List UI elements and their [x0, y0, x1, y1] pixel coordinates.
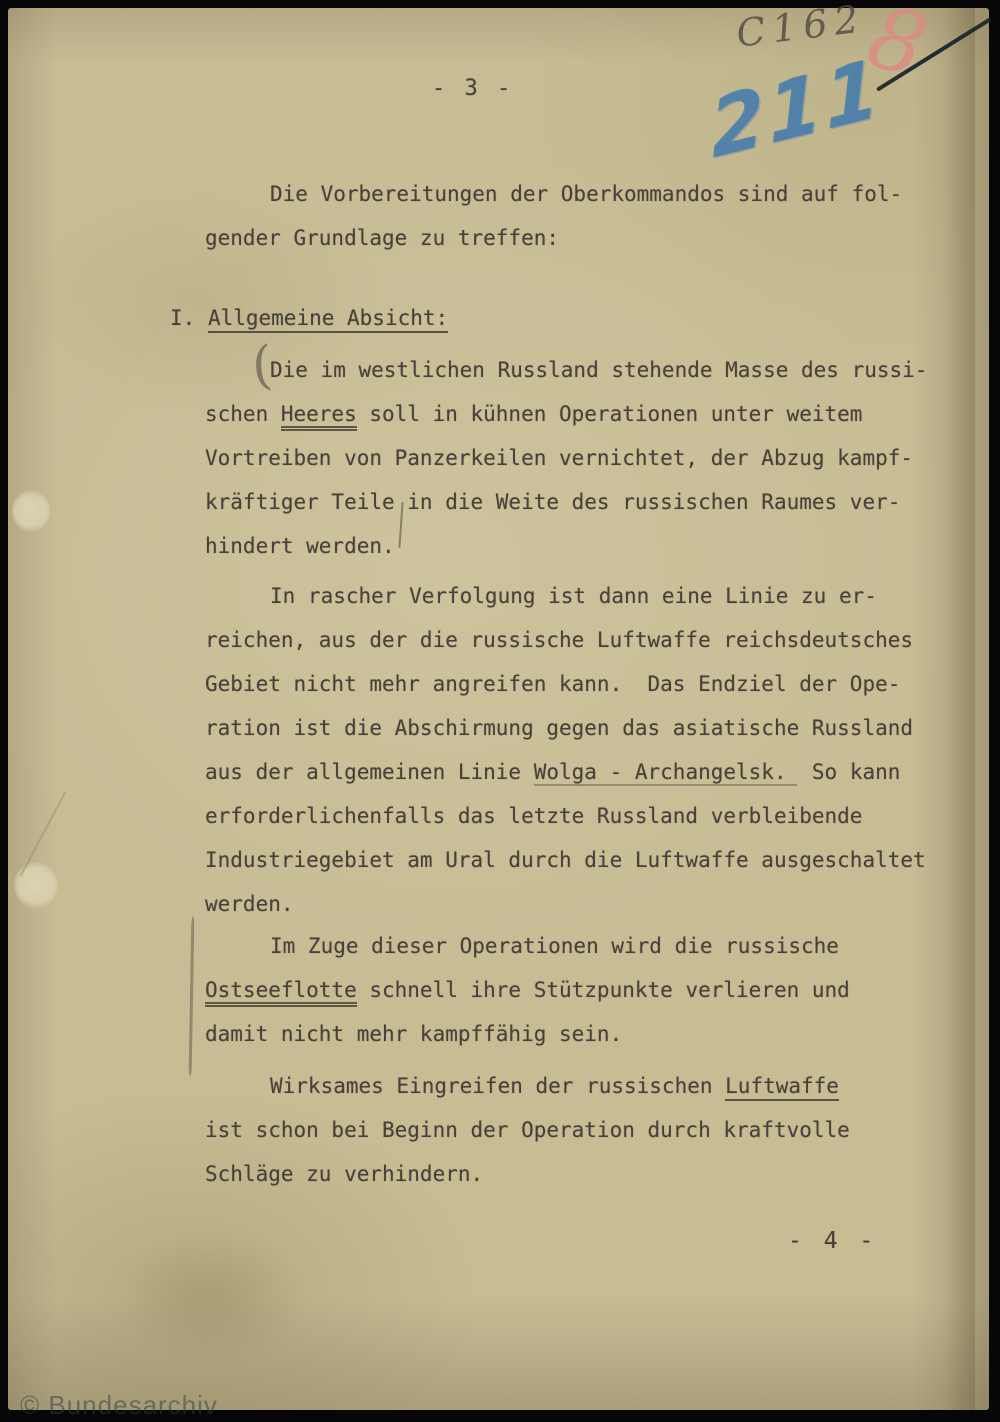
text-line: damit nicht mehr kampffähig sein.	[205, 1012, 965, 1056]
text-line: ist schon bei Beginn der Operation durch…	[205, 1108, 965, 1152]
text-line: ration ist die Abschirmung gegen das asi…	[205, 706, 965, 750]
paragraph-ostseeflotte: Im Zuge dieser Operationen wird die russ…	[205, 924, 965, 1056]
page-number-bottom: - 4 -	[788, 1228, 877, 1254]
text-line: Gebiet nicht mehr angreifen kann. Das En…	[205, 662, 965, 706]
text-line: I. Allgemeine Absicht:	[170, 296, 930, 340]
pencil-margin-line	[189, 916, 195, 1076]
text-line: schen Heeres soll in kühnen Operationen …	[205, 392, 965, 436]
paper-stain	[118, 1228, 308, 1368]
text-line: hindert werden.	[205, 524, 965, 568]
text-line: Vortreiben von Panzerkeilen vernichtet, …	[205, 436, 965, 480]
text-line: reichen, aus der die russische Luftwaffe…	[205, 618, 965, 662]
text-line: Die Vorbereitungen der Oberkommandos sin…	[205, 172, 965, 216]
blue-crayon-annotation-211: 211	[705, 40, 886, 178]
paper-hole-bottom	[14, 862, 58, 908]
page-number-top: - 3 -	[432, 76, 513, 101]
text-line: Im Zuge dieser Operationen wird die russ…	[205, 924, 965, 968]
text-line: kräftiger Teile in die Weite des russisc…	[205, 480, 965, 524]
bundesarchiv-watermark: © Bundesarchiv	[20, 1390, 218, 1421]
text-line: werden.	[205, 882, 965, 926]
text-line: Schläge zu verhindern.	[205, 1152, 965, 1196]
paper-hole-top	[12, 490, 50, 532]
text-line: Wirksames Eingreifen der russischen Luft…	[205, 1064, 965, 1108]
scanned-document-page: - 3 - C162 8 211 ( Die Vorbereitungen de…	[0, 0, 1000, 1422]
text-line: Ostseeflotte schnell ihre Stützpunkte ve…	[205, 968, 965, 1012]
text-line: Industriegebiet am Ural durch die Luftwa…	[205, 838, 965, 882]
paper-sheet: - 3 - C162 8 211 ( Die Vorbereitungen de…	[8, 8, 989, 1410]
text-line: erforderlichenfalls das letzte Russland …	[205, 794, 965, 838]
paragraph-luftwaffe: Wirksames Eingreifen der russischen Luft…	[205, 1064, 965, 1196]
paragraph-heeres: Die im westlichen Russland stehende Mass…	[205, 348, 965, 568]
text-line: Die im westlichen Russland stehende Mass…	[205, 348, 965, 392]
paragraph-intro: Die Vorbereitungen der Oberkommandos sin…	[205, 172, 965, 260]
text-line: In rascher Verfolgung ist dann eine Lini…	[205, 574, 965, 618]
paragraph-verfolgung: In rascher Verfolgung ist dann eine Lini…	[205, 574, 965, 926]
text-line: gender Grundlage zu treffen:	[205, 216, 965, 260]
text-line: aus der allgemeinen Linie Wolga - Archan…	[205, 750, 965, 794]
section-heading-allgemeine-absicht: I. Allgemeine Absicht:	[170, 296, 930, 340]
